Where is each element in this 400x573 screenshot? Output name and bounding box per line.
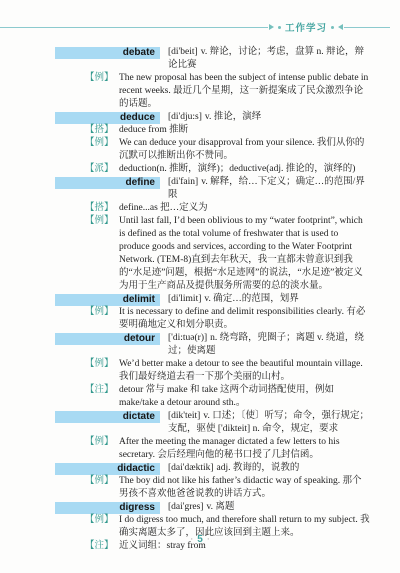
- entry-list: debate [di'beit]v. 辩论，讨论；考虑，盘算 n. 辩论，辩论比…: [55, 46, 370, 553]
- entry-definition: ['di:tuə(r)]n. 绕弯路，兜圈子；离题 v. 绕道，绕过；使离题: [160, 332, 370, 358]
- entry-note: 【例】 Until last fall, I’d been oblivious …: [85, 215, 370, 293]
- header-dot-icon: [331, 26, 334, 29]
- note-label: 【例】: [85, 358, 117, 384]
- note-text: deduce from 推断: [119, 124, 370, 137]
- entry-note: 【注】 detour 常与 make 和 take 这两个动词搭配使用，例如 m…: [85, 384, 370, 410]
- note-text: After the meeting the manager dictated a…: [119, 436, 370, 462]
- page-number: 5: [197, 534, 203, 545]
- entry-head: debate [di'beit]v. 辩论，讨论；考虑，盘算 n. 辩论，辩论比…: [55, 46, 370, 72]
- headword: deduce: [120, 112, 155, 123]
- entry-definition: [dik'teit]v. 口述；〔使〕听写；命令，强行规定；支配，驱使 ['di…: [160, 410, 370, 436]
- section-title: 工作学习: [285, 20, 327, 34]
- arrow-right-icon: [269, 24, 274, 30]
- headword: dictate: [123, 411, 155, 422]
- entry-definition: [di'fain]v. 解释，给…下定义；确定…的范围/界限: [160, 176, 370, 202]
- entry-head: digress [dai'gres]v. 离题: [55, 501, 370, 514]
- dictionary-entry: dictate [dik'teit]v. 口述；〔使〕听写；命令，强行规定；支配…: [55, 410, 370, 462]
- headword: detour: [124, 333, 155, 344]
- note-text: We can deduce your disapproval from your…: [119, 137, 370, 163]
- note-label: 【搭】: [85, 202, 117, 215]
- entry-definition: [dai'dæktik]adj. 教诲的，说教的: [160, 462, 370, 475]
- definition-text: adj. 教诲的，说教的: [217, 463, 300, 473]
- entry-note: 【例】 The new proposal has been the subjec…: [85, 72, 370, 111]
- definition-text: v. 离题: [206, 502, 234, 512]
- dictionary-entry: define [di'fain]v. 解释，给…下定义；确定…的范围/界限 【搭…: [55, 176, 370, 293]
- phonetic: ['di:tuə(r)]: [168, 333, 207, 343]
- headword: didactic: [117, 463, 155, 474]
- note-label: 【例】: [85, 215, 117, 293]
- page-header: 工作学习: [0, 21, 390, 33]
- header-dot-icon: [278, 26, 281, 29]
- headword-highlight: digress: [55, 502, 160, 514]
- headword: debate: [123, 47, 155, 58]
- note-label: 【例】: [85, 436, 117, 462]
- entry-definition: [di'limit]v. 确定…的范围，划界: [160, 293, 370, 306]
- arrow-left-icon: [338, 24, 343, 30]
- note-text: deduction(n. 推断，演绎)；deductive(adj. 推论的，演…: [119, 163, 370, 176]
- entry-definition: [di'beit]v. 辩论，讨论；考虑，盘算 n. 辩论，辩论比赛: [160, 46, 370, 72]
- note-label: 【注】: [85, 384, 117, 410]
- dictionary-entry: deduce [di'dju:s]v. 推论，演绎 【搭】 deduce fro…: [55, 111, 370, 176]
- dictionary-page: 工作学习 debate [di'beit]v. 辩论，讨论；考虑，盘算 n. 辩…: [0, 0, 400, 573]
- note-text: The new proposal has been the subject of…: [119, 72, 370, 111]
- headword-highlight: detour: [55, 333, 160, 345]
- entry-head: delimit [di'limit]v. 确定…的范围，划界: [55, 293, 370, 306]
- note-label: 【例】: [85, 137, 117, 163]
- entry-note: 【例】 After the meeting the manager dictat…: [85, 436, 370, 462]
- headword-highlight: define: [55, 177, 160, 189]
- note-label: 【例】: [85, 72, 117, 111]
- note-label: 【派】: [85, 163, 117, 176]
- footer-dot: ·: [207, 534, 210, 544]
- entry-note: 【例】 We can deduce your disapproval from …: [85, 137, 370, 163]
- note-text: It is necessary to define and delimit re…: [119, 306, 370, 332]
- dictionary-entry: delimit [di'limit]v. 确定…的范围，划界 【例】 It is…: [55, 293, 370, 332]
- note-text: Until last fall, I’d been oblivious to m…: [119, 215, 370, 293]
- footer-dot: ·: [190, 534, 193, 544]
- headword-highlight: dictate: [55, 411, 160, 423]
- definition-text: v. 确定…的范围，划界: [204, 294, 298, 304]
- dictionary-entry: debate [di'beit]v. 辩论，讨论；考虑，盘算 n. 辩论，辩论比…: [55, 46, 370, 111]
- phonetic: [dik'teit]: [168, 411, 200, 421]
- dictionary-entry: detour ['di:tuə(r)]n. 绕弯路，兜圈子；离题 v. 绕道，绕…: [55, 332, 370, 410]
- headword-highlight: didactic: [55, 463, 160, 475]
- entry-head: detour ['di:tuə(r)]n. 绕弯路，兜圈子；离题 v. 绕道，绕…: [55, 332, 370, 358]
- header-rule-right: [344, 27, 390, 28]
- note-label: 【例】: [85, 475, 117, 501]
- phonetic: [dai'gres]: [168, 502, 203, 512]
- entry-head: didactic [dai'dæktik]adj. 教诲的，说教的: [55, 462, 370, 475]
- phonetic: [di'fain]: [168, 177, 198, 187]
- definition-text: v. 推论，演绎: [205, 112, 261, 122]
- headword: define: [126, 177, 155, 188]
- entry-head: deduce [di'dju:s]v. 推论，演绎: [55, 111, 370, 124]
- entry-note: 【例】 We’d better make a detour to see the…: [85, 358, 370, 384]
- note-text: detour 常与 make 和 take 这两个动词搭配使用，例如 make/…: [119, 384, 370, 410]
- headword: digress: [119, 502, 155, 513]
- entry-note: 【搭】 deduce from 推断: [85, 124, 370, 137]
- headword-highlight: deduce: [55, 112, 160, 124]
- entry-head: define [di'fain]v. 解释，给…下定义；确定…的范围/界限: [55, 176, 370, 202]
- note-label: 【例】: [85, 306, 117, 332]
- dictionary-entry: didactic [dai'dæktik]adj. 教诲的，说教的 【例】 Th…: [55, 462, 370, 501]
- headword: delimit: [123, 294, 155, 305]
- entry-note: 【例】 It is necessary to define and delimi…: [85, 306, 370, 332]
- entry-note: 【派】 deduction(n. 推断，演绎)；deductive(adj. 推…: [85, 163, 370, 176]
- headword-highlight: debate: [55, 47, 160, 59]
- entry-note: 【搭】 define...as 把…定义为: [85, 202, 370, 215]
- note-text: The boy did not like his father’s didact…: [119, 475, 370, 501]
- headword-highlight: delimit: [55, 294, 160, 306]
- phonetic: [di'beit]: [168, 47, 198, 57]
- note-text: We’d better make a detour to see the bea…: [119, 358, 370, 384]
- note-label: 【搭】: [85, 124, 117, 137]
- phonetic: [di'dju:s]: [168, 112, 202, 122]
- phonetic: [di'limit]: [168, 294, 201, 304]
- entry-note: 【例】 The boy did not like his father’s di…: [85, 475, 370, 501]
- entry-head: dictate [dik'teit]v. 口述；〔使〕听写；命令，强行规定；支配…: [55, 410, 370, 436]
- entry-definition: [di'dju:s]v. 推论，演绎: [160, 111, 370, 124]
- header-rule-left: [0, 27, 268, 28]
- page-footer: ·5·: [0, 533, 400, 546]
- phonetic: [dai'dæktik]: [168, 463, 214, 473]
- entry-definition: [dai'gres]v. 离题: [160, 501, 370, 514]
- note-text: define...as 把…定义为: [119, 202, 370, 215]
